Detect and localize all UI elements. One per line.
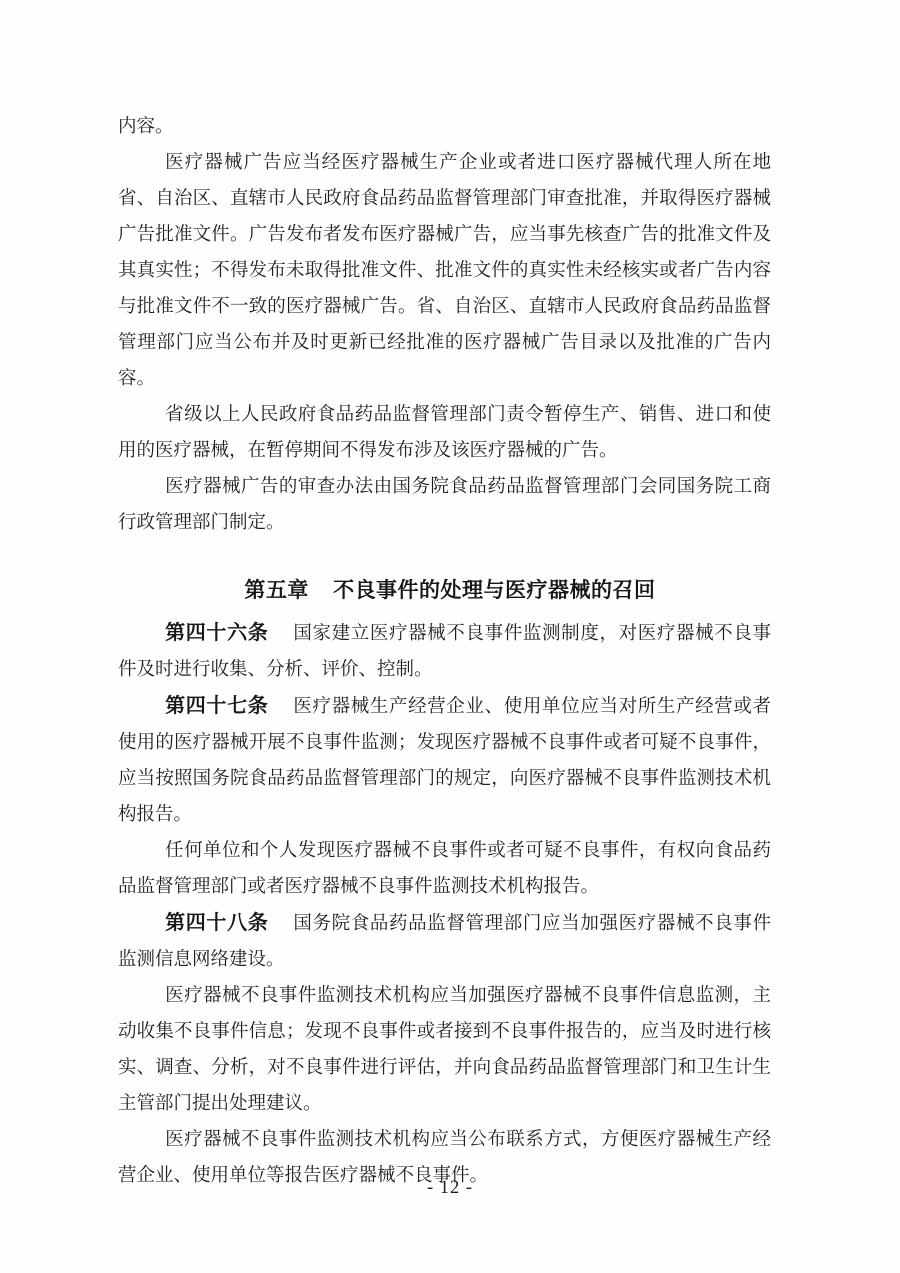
chapter-heading: 第五章不良事件的处理与医疗器械的召回: [118, 573, 771, 609]
article-number: 第四十八条: [165, 912, 268, 934]
continuation-paragraph: 内容。: [118, 109, 771, 145]
page-footer: - 12 -: [0, 1178, 900, 1199]
document-body: 内容。医疗器械广告应当经医疗器械生产企业或者进口医疗器械代理人所在地省、自治区、…: [118, 109, 771, 1194]
article-paragraph: 第四十八条国务院食品药品监督管理部门应当加强医疗器械不良事件监测信息网络建设。: [118, 905, 771, 978]
article-number: 第四十七条: [165, 695, 268, 717]
paragraph: 任何单位和个人发现医疗器械不良事件或者可疑不良事件，有权向食品药品监督管理部门或…: [118, 833, 771, 905]
chapter-title: 不良事件的处理与医疗器械的召回: [333, 579, 656, 602]
chapter-number: 第五章: [244, 579, 309, 602]
article-paragraph: 第四十六条国家建立医疗器械不良事件监测制度，对医疗器械不良事件及时进行收集、分析…: [118, 615, 771, 688]
page-number: - 12 -: [427, 1178, 473, 1198]
document-page: 内容。医疗器械广告应当经医疗器械生产企业或者进口医疗器械代理人所在地省、自治区、…: [0, 0, 900, 1273]
paragraph: 医疗器械不良事件监测技术机构应当加强医疗器械不良事件信息监测，主动收集不良事件信…: [118, 978, 771, 1122]
paragraph: 医疗器械广告的审查办法由国务院食品药品监督管理部门会同国务院工商行政管理部门制定…: [118, 469, 771, 541]
paragraph: 省级以上人民政府食品药品监督管理部门责令暂停生产、销售、进口和使用的医疗器械，在…: [118, 397, 771, 469]
paragraph: 医疗器械广告应当经医疗器械生产企业或者进口医疗器械代理人所在地省、自治区、直辖市…: [118, 145, 771, 397]
article-paragraph: 第四十七条医疗器械生产经营企业、使用单位应当对所生产经营或者使用的医疗器械开展不…: [118, 688, 771, 833]
article-number: 第四十六条: [165, 622, 268, 644]
